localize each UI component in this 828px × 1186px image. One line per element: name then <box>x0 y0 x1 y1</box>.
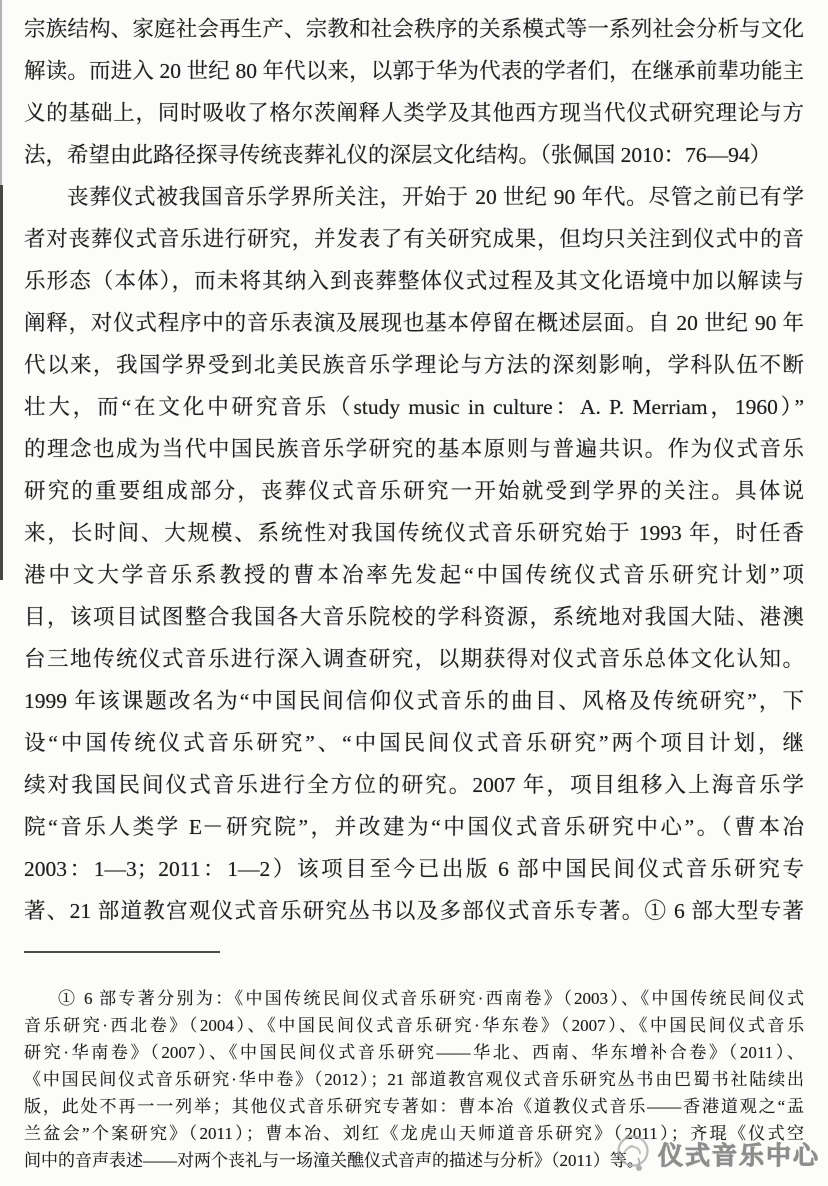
text-line: 乐形态（本体），而未将其纳入到丧葬整体仪式过程及其文化语境中加以解读与 <box>24 260 804 302</box>
text-line: 宗族结构、家庭社会再生产、宗教和社会秩序的关系模式等一系列社会分析与文化 <box>24 8 804 50</box>
text-line: 法，希望由此路径探寻传统丧葬礼仪的深层文化结构。（张佩国 2010：76—94） <box>24 134 804 176</box>
footnote-line: 音乐研究·西北卷》（2004）、《中国民间仪式音乐研究·华东卷》（2007）、《… <box>24 1012 804 1039</box>
text-line: 著、21 部道教宫观仪式音乐研究丛书以及多部仪式音乐专著。① 6 部大型专著 <box>24 890 804 932</box>
text-line: 研究的重要组成部分，丧葬仪式音乐研究一开始就受到学界的关注。具体说 <box>24 470 804 512</box>
scan-edge-shadow-top <box>0 0 2 185</box>
text-line: 1999 年该课题改名为“中国民间信仰仪式音乐的曲目、风格及传统研究”，下 <box>24 680 804 722</box>
paragraph-continuation: 宗族结构、家庭社会再生产、宗教和社会秩序的关系模式等一系列社会分析与文化 解读。… <box>24 8 804 176</box>
text-line: 院“音乐人类学 E－研究院”，并改建为“中国仪式音乐研究中心”。（曹本冶 <box>24 806 804 848</box>
footnote: ① 6 部专著分别为：《中国传统民间仪式音乐研究·西南卷》（2003）、《中国传… <box>24 985 804 1174</box>
main-text: 宗族结构、家庭社会再生产、宗教和社会秩序的关系模式等一系列社会分析与文化 解读。… <box>24 8 804 932</box>
text-line: 丧葬仪式被我国音乐学界所关注，开始于 20 世纪 90 年代。尽管之前已有学 <box>24 176 804 218</box>
document-page: 宗族结构、家庭社会再生产、宗教和社会秩序的关系模式等一系列社会分析与文化 解读。… <box>0 0 828 1186</box>
text-line: 港中文大学音乐系教授的曹本冶率先发起“中国传统仪式音乐研究计划”项 <box>24 554 804 596</box>
text-line: 解读。而进入 20 世纪 80 年代以来，以郭于华为代表的学者们，在继承前辈功能… <box>24 50 804 92</box>
text-line: 2003：1—3；2011：1—2）该项目至今已出版 6 部中国民间仪式音乐研究… <box>24 848 804 890</box>
text-line: 来，长时间、大规模、系统性对我国传统仪式音乐研究始于 1993 年，时任香 <box>24 512 804 554</box>
text-line: 目，该项目试图整合我国各大音乐院校的学科资源，系统地对我国大陆、港澳 <box>24 596 804 638</box>
text-line: 代以来，我国学界受到北美民族音乐学理论与方法的深刻影响，学科队伍不断 <box>24 344 804 386</box>
footnote-line: 兰盆会”个案研究》（2011）；曹本冶、刘红《龙虎山天师道音乐研究》（2011）… <box>24 1120 804 1147</box>
footnote-separator <box>24 951 220 953</box>
text-line: 续对我国民间仪式音乐进行全方位的研究。2007 年，项目组移入上海音乐学 <box>24 764 804 806</box>
paragraph-main: 丧葬仪式被我国音乐学界所关注，开始于 20 世纪 90 年代。尽管之前已有学 者… <box>24 176 804 932</box>
text-line: 台三地传统仪式音乐进行深入调查研究，以期获得对仪式音乐总体文化认知。 <box>24 638 804 680</box>
text-line: 的理念也成为当代中国民族音乐学研究的基本原则与普遍共识。作为仪式音乐 <box>24 428 804 470</box>
text-line: 者对丧葬仪式音乐进行研究，并发表了有关研究成果，但均只关注到仪式中的音 <box>24 218 804 260</box>
footnote-line: 间中的音声表述——对两个丧礼与一场潼关醮仪式音声的描述与分析》（2011）等。 <box>24 1147 804 1174</box>
text-line: 壮大，而“在文化中研究音乐（study music in culture：A. … <box>24 386 804 428</box>
scan-edge-shadow <box>0 185 3 580</box>
text-line: 阐释，对仪式程序中的音乐表演及展现也基本停留在概述层面。自 20 世纪 90 年 <box>24 302 804 344</box>
text-line: 设“中国传统仪式音乐研究”、“中国民间仪式音乐研究”两个项目计划，继 <box>24 722 804 764</box>
footnote-line: 《中国民间仪式音乐研究·华中卷》（2012）；21 部道教宫观仪式音乐研究丛书由… <box>24 1066 804 1093</box>
footnote-line: 研究·华南卷》（2007）、《中国民间仪式音乐研究——华北、西南、华东增补合卷》… <box>24 1039 804 1066</box>
footnote-line: 版，此处不再一一列举；其他仪式音乐研究专著如：曹本冶《道教仪式音乐——香港道观之… <box>24 1093 804 1120</box>
text-line: 义的基础上，同时吸收了格尔茨阐释人类学及其他西方现当代仪式研究理论与方 <box>24 92 804 134</box>
footnote-line: ① 6 部专著分别为：《中国传统民间仪式音乐研究·西南卷》（2003）、《中国传… <box>24 985 804 1012</box>
